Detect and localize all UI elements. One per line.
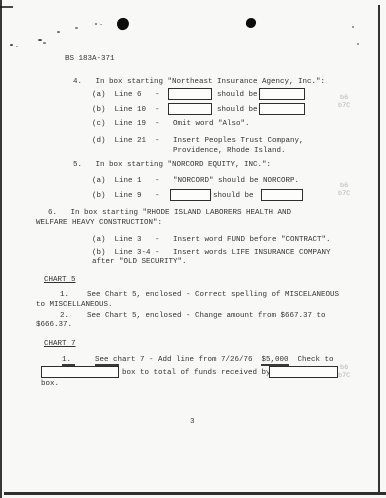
item6b-text-line1: (b) Line 3-4 - Insert words LIFE INSURAN… — [92, 249, 331, 258]
chart7-item1-line2-text: box to total of funds received by — [122, 369, 271, 378]
chart7-item1-line1: See chart 7 - Add line from 7/26/76 $5,0… — [95, 356, 334, 365]
margin-code-b6: b6 — [340, 182, 348, 190]
chart5-item1-line1: 1. See Chart 5, enclosed - Correct spell… — [60, 291, 339, 300]
redaction-box — [269, 366, 338, 378]
hole-punch-mark — [245, 17, 257, 29]
item5a-text: (a) Line 1 - "NORCORD" should be NORCORP… — [92, 177, 299, 186]
ink-speck — [16, 46, 18, 47]
case-id: BS 183A-371 — [65, 55, 115, 64]
scan-edge-top-left-tick — [0, 6, 13, 8]
hole-punch-mark — [116, 17, 131, 32]
margin-code-b7c: b7C — [338, 372, 350, 380]
item6a-text: (a) Line 3 - Insert word FUND before "CO… — [92, 236, 331, 245]
chart5-item2-line2: $666.37. — [36, 321, 72, 330]
item6-heading-line1: 6. In box starting "RHODE ISLAND LABORER… — [48, 209, 291, 218]
scan-edge-bottom — [4, 492, 386, 495]
margin-code-b6: b6 — [340, 94, 348, 102]
chart5-heading: CHART 5 — [44, 276, 76, 285]
margin-code-b6: b6 — [340, 364, 348, 372]
redaction-box — [259, 88, 305, 100]
item5b-should-be: should be — [213, 192, 254, 201]
margin-code-b7c: b7C — [338, 190, 350, 198]
item5-heading: 5. In box starting "NORCORD EQUITY, INC.… — [73, 161, 271, 170]
chart5-item2-line1: 2. See Chart 5, enclosed - Change amount… — [60, 312, 326, 321]
ink-speck — [38, 39, 42, 41]
ink-speck — [43, 42, 46, 44]
ink-speck — [357, 43, 359, 45]
redaction-box — [259, 103, 305, 115]
item4c-text: (c) Line 19 - Omit word "Also". — [92, 120, 250, 129]
ink-speck — [100, 24, 102, 25]
item4a-label: (a) Line 6 - — [92, 91, 160, 100]
chart7-item1-line3: box. — [41, 380, 59, 389]
item6-heading-line2: WELFARE HEAVY CONSTRUCTION": — [36, 219, 162, 228]
item5b-label: (b) Line 9 - — [92, 192, 160, 201]
ink-speck — [10, 44, 13, 46]
item4-heading: 4. In box starting "Northeast Insurance … — [73, 78, 325, 87]
item4a-should-be: should be — [217, 91, 258, 100]
redaction-box — [168, 103, 212, 115]
redaction-box — [168, 88, 212, 100]
item4b-label: (b) Line 10 - — [92, 106, 160, 115]
margin-code-b7c: b7C — [338, 102, 350, 110]
scan-edge-right — [378, 5, 380, 492]
ink-speck — [95, 23, 97, 25]
redaction-box — [41, 366, 119, 378]
item4b-should-be: should be — [217, 106, 258, 115]
scanned-document-page: BS 183A-371 4. In box starting "Northeas… — [0, 0, 386, 498]
ink-speck — [57, 31, 60, 33]
chart5-item1-line2: to MISCELLANEOUS. — [36, 301, 113, 310]
ink-speck — [75, 27, 78, 29]
item4d-text-line2: Providence, Rhode Island. — [173, 147, 286, 156]
item4d-text-line1: (d) Line 21 - Insert Peoples Trust Compa… — [92, 137, 304, 146]
chart7-heading: CHART 7 — [44, 340, 76, 349]
redaction-box — [170, 189, 211, 201]
ink-speck — [352, 26, 354, 28]
page-number: 3 — [190, 418, 195, 427]
redaction-box — [261, 189, 303, 201]
item6b-text-line2: after "OLD SECURITY". — [92, 258, 187, 267]
scan-edge-left — [0, 0, 2, 498]
